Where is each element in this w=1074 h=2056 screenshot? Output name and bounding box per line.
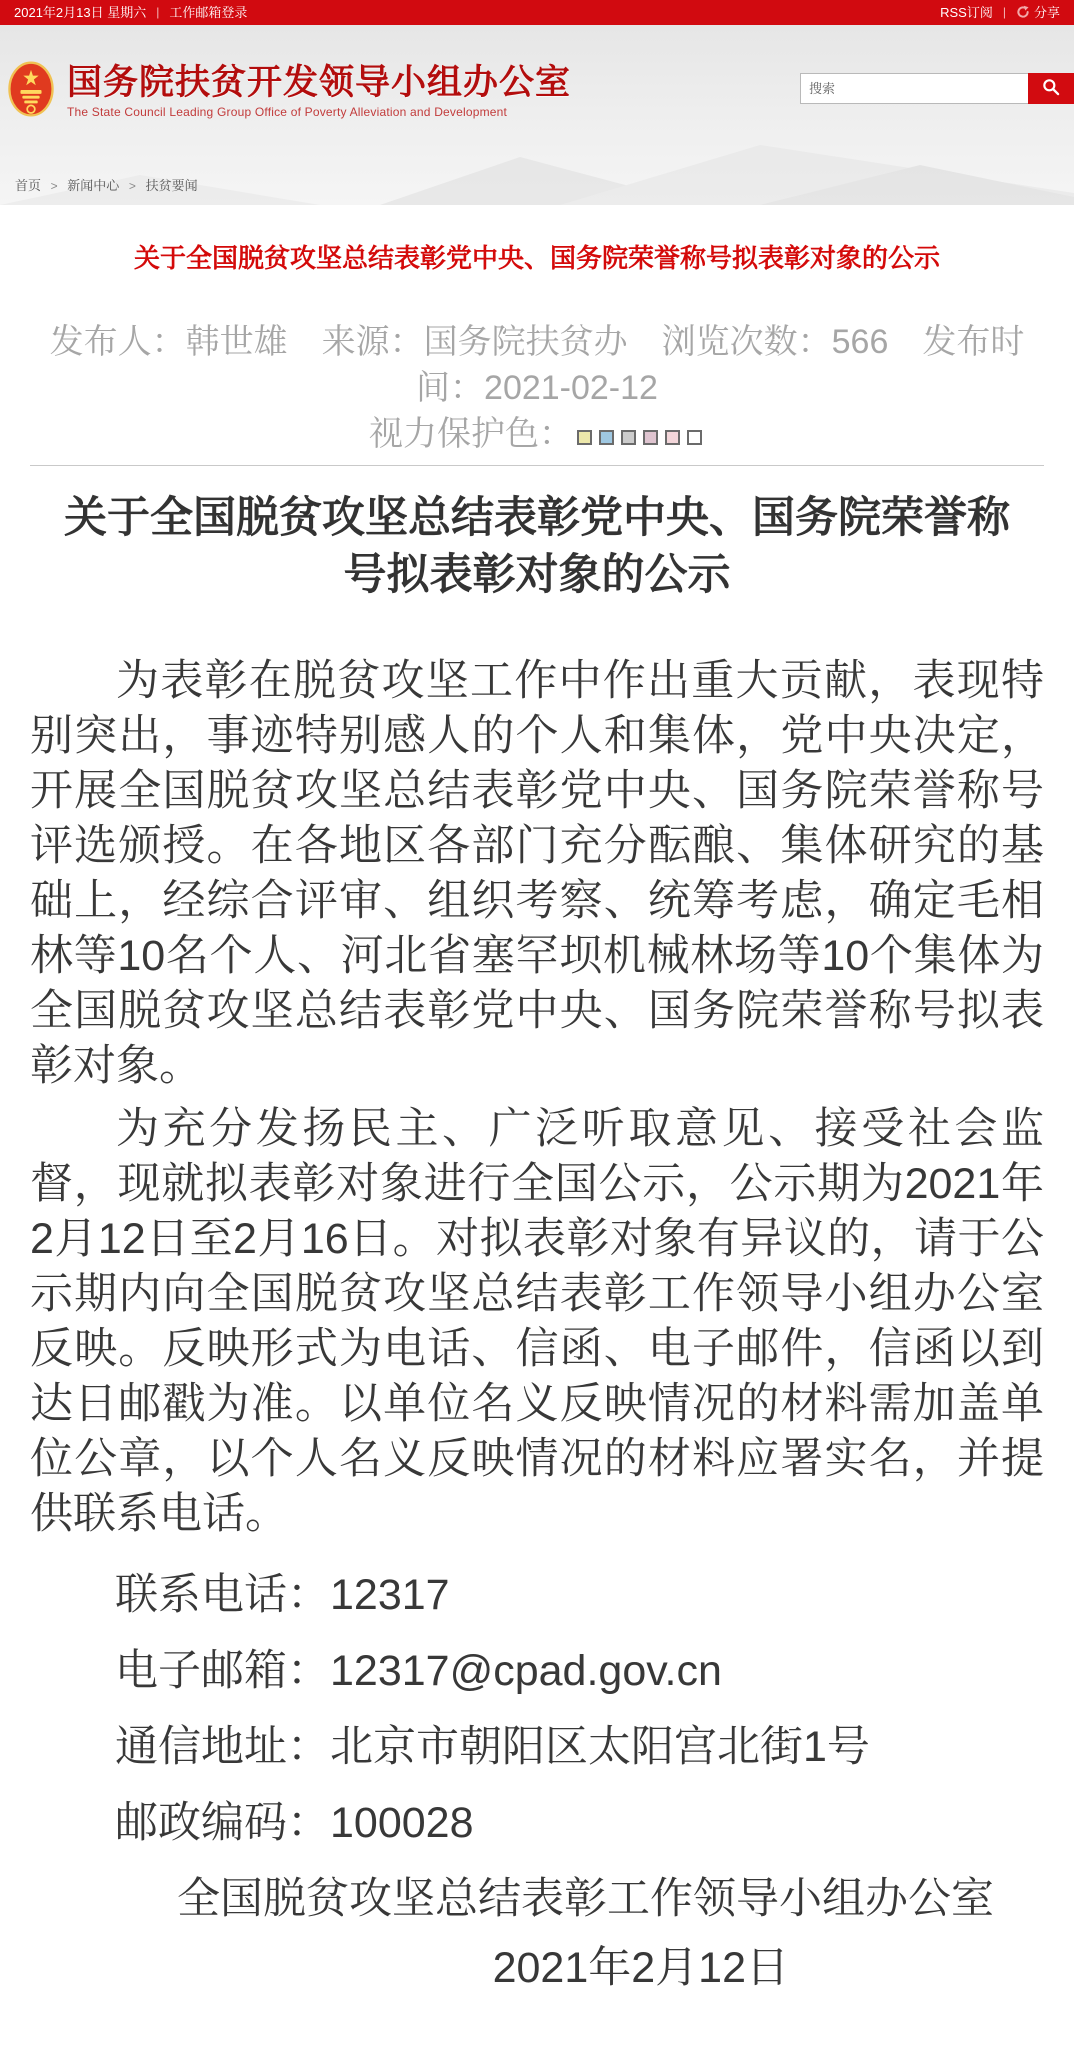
site-header: 国务院扶贫开发领导小组办公室 The State Council Leading… xyxy=(0,25,1074,205)
breadcrumb-separator: > xyxy=(129,179,136,193)
rss-subscribe-link[interactable]: RSS订阅 xyxy=(940,0,993,25)
breadcrumb-home[interactable]: 首页 xyxy=(15,178,41,193)
breadcrumb-separator: > xyxy=(51,179,58,193)
contact-phone: 联系电话：12317 xyxy=(30,1568,1044,1623)
article-paragraph: 为表彰在脱贫攻坚工作中作出重大贡献，表现特别突出，事迹特别感人的个人和集体，党中… xyxy=(30,654,1044,1094)
eye-color-swatch-gray[interactable] xyxy=(621,430,636,445)
contact-info: 联系电话：12317 电子邮箱：12317@cpad.gov.cn 通信地址：北… xyxy=(30,1568,1044,1851)
search-bar xyxy=(800,73,1074,104)
breadcrumb-news-center[interactable]: 新闻中心 xyxy=(67,178,119,193)
topbar-divider: | xyxy=(156,0,159,25)
site-subtitle: The State Council Leading Group Office o… xyxy=(67,105,571,119)
signature-date: 2021年2月12日 xyxy=(30,1941,1044,1996)
eye-color-swatch-white[interactable] xyxy=(687,430,702,445)
eye-color-swatch-pink[interactable] xyxy=(665,430,680,445)
topbar-divider: | xyxy=(1003,0,1006,25)
current-date: 2021年2月13日 星期六 xyxy=(14,0,146,25)
contact-postcode: 邮政编码：100028 xyxy=(30,1796,1044,1851)
breadcrumb-poverty-news[interactable]: 扶贫要闻 xyxy=(146,178,198,193)
mountain-background xyxy=(0,135,1074,205)
article-container: 关于全国脱贫攻坚总结表彰党中央、国务院荣誉称号拟表彰对象的公示 发布人：韩世雄 … xyxy=(0,205,1074,2056)
article-body: 为表彰在脱贫攻坚工作中作出重大贡献，表现特别突出，事迹特别感人的个人和集体，党中… xyxy=(30,654,1044,1542)
site-title: 国务院扶贫开发领导小组办公室 xyxy=(67,64,571,102)
share-icon xyxy=(1016,2,1030,16)
contact-address: 通信地址：北京市朝阳区太阳宫北街1号 xyxy=(30,1720,1044,1775)
share-label: 分享 xyxy=(1034,5,1060,20)
top-utility-bar: 2021年2月13日 星期六 | 工作邮箱登录 RSS订阅 | 分享 xyxy=(0,0,1074,25)
article-paragraph: 为充分发扬民主、广泛听取意见、接受社会监督，现就拟表彰对象进行全国公示，公示期为… xyxy=(30,1102,1044,1542)
search-icon xyxy=(1041,77,1061,100)
search-input[interactable] xyxy=(800,73,1028,104)
eye-color-swatch-yellow[interactable] xyxy=(577,430,592,445)
search-button[interactable] xyxy=(1028,73,1074,104)
eye-color-swatch-mauve[interactable] xyxy=(643,430,658,445)
contact-email: 电子邮箱：12317@cpad.gov.cn xyxy=(30,1644,1044,1699)
signature-organization: 全国脱贫攻坚总结表彰工作领导小组办公室 xyxy=(30,1872,1044,1927)
article-meta: 发布人：韩世雄 来源：国务院扶贫办 浏览次数：566 发布时间：2021-02-… xyxy=(30,319,1044,411)
breadcrumb: 首页 > 新闻中心 > 扶贫要闻 xyxy=(15,175,198,194)
site-logo-link[interactable]: 国务院扶贫开发领导小组办公室 The State Council Leading… xyxy=(8,61,571,119)
work-mail-login-link[interactable]: 工作邮箱登录 xyxy=(169,0,247,25)
eye-protection-label: 视力保护色： xyxy=(369,411,573,457)
national-emblem-icon xyxy=(8,61,54,119)
article-red-title: 关于全国脱贫攻坚总结表彰党中央、国务院荣誉称号拟表彰对象的公示 xyxy=(30,205,1044,273)
eye-color-swatch-blue[interactable] xyxy=(599,430,614,445)
page-title: 关于全国脱贫攻坚总结表彰党中央、国务院荣誉称号拟表彰对象的公示 xyxy=(59,490,1015,604)
title-divider xyxy=(30,465,1044,466)
eye-protection-row: 视力保护色： xyxy=(30,411,1044,457)
share-link[interactable]: 分享 xyxy=(1016,0,1060,25)
